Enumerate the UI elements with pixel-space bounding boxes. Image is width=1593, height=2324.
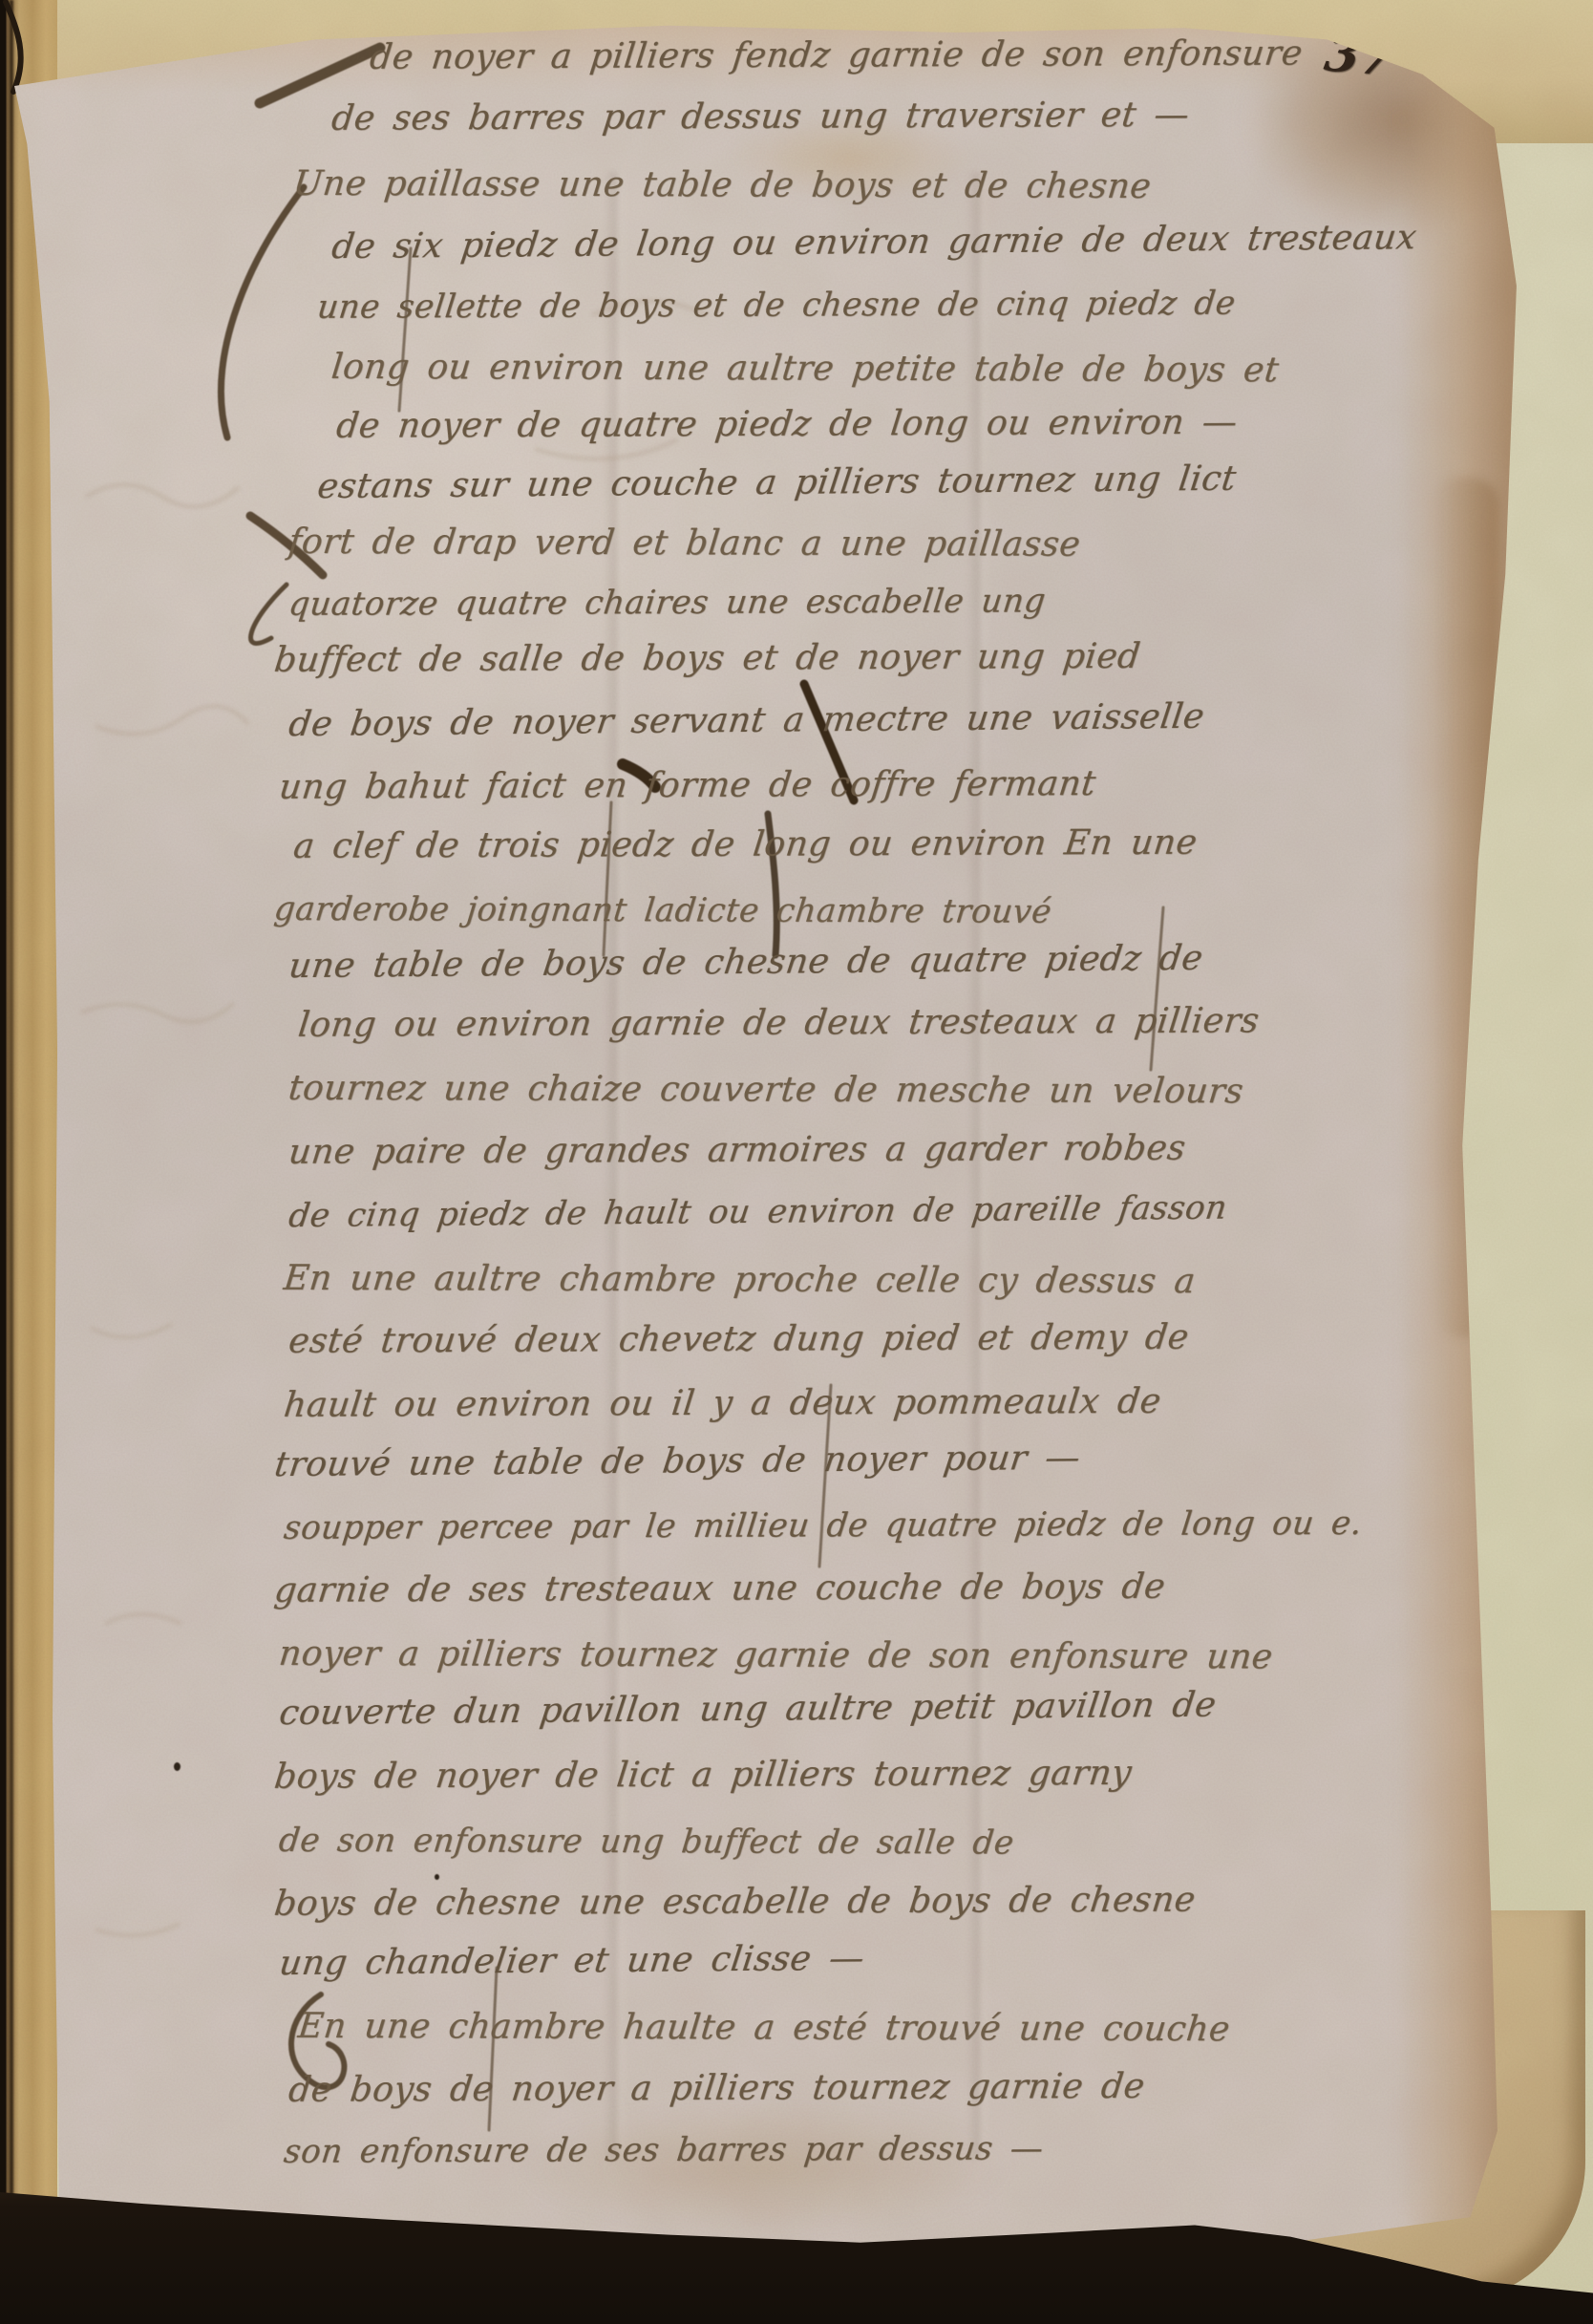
manuscript-line: noyer a pilliers tournez garnie de son e… [277,1634,1275,1677]
manuscript-line: boys de chesne une escabelle de boys de … [272,1881,1198,1924]
manuscript-line: trouvé une table de boys de noyer pour — [272,1439,1083,1484]
manuscript-line: une table de boys de chesne de quatre pi… [287,939,1205,986]
manuscript-line: une paire de grandes armoires a garder r… [287,1129,1188,1172]
manuscript-line: boys de noyer de lict a pilliers tournez… [272,1754,1134,1797]
manuscript-line: ung bahut faict en forme de coffre ferma… [277,764,1098,807]
manuscript-line: une sellette de boys et de chesne de cin… [315,285,1238,327]
manuscript-line: estans sur une couche a pilliers tournez… [315,459,1239,506]
manuscript-line: long ou environ garnie de deux tresteaux… [296,1002,1262,1045]
manuscript-line: tournez une chaize couverte de mesche un… [287,1069,1245,1111]
manuscript-line: de six piedz de long ou environ garnie d… [329,218,1419,267]
manuscript-line: fort de drap verd et blanc a une paillas… [287,522,1082,565]
manuscript-line: En une chambre haulte a esté trouvé une … [296,2007,1232,2049]
manuscript-line: esté trouvé deux chevetz dung pied et de… [287,1318,1191,1361]
manuscript-line: de cinq piedz de hault ou environ de par… [287,1188,1229,1235]
manuscript-line: soupper percee par le millieu de quatre … [282,1504,1364,1547]
manuscript-line: couverte dun pavillon ung aultre petit p… [277,1685,1219,1733]
manuscript-line: de noyer de quatre piedz de long ou envi… [334,403,1240,446]
manuscript-line: En une aultre chambre proche celle cy de… [282,1259,1198,1301]
manuscript-line: long ou environ une aultre petite table … [329,348,1281,390]
manuscript-line: ung chandelier et une clisse — [277,1939,867,1983]
manuscript-line: de ses barres par dessus ung traversier … [329,96,1192,139]
manuscript-line: de boys de noyer a pilliers tournez garn… [287,2067,1147,2110]
manuscript-line: de noyer a pilliers fendz garnie de son … [368,34,1305,77]
gutter-crack [10,0,13,2324]
manuscript-line: de son enfonsure ung buffect de salle de [277,1822,1016,1863]
manuscript-line: Une paillasse une table de boys et de ch… [291,164,1153,206]
manuscript-line: garnie de ses tresteaux une couche de bo… [272,1567,1167,1610]
manuscript-line: buffect de salle de boys et de noyer ung… [272,637,1142,680]
manuscript-photo: de noyer a pilliers fendz garnie de son … [0,0,1593,2324]
manuscript-text-block: de noyer a pilliers fendz garnie de son … [0,0,1593,2324]
manuscript-line: a clef de trois piedz de long ou environ… [291,823,1200,866]
manuscript-line: son enfonsure de ses barres par dessus — [282,2130,1046,2171]
manuscript-line: garderobe joingnant ladicte chambre trou… [272,890,1053,931]
manuscript-line: de boys de noyer servant a mectre une va… [287,697,1207,744]
manuscript-page: de noyer a pilliers fendz garnie de son … [0,0,1593,2324]
manuscript-line: hault ou environ ou il y a deux pommeaul… [282,1382,1163,1425]
manuscript-line: quatorze quatre chaires une escabelle un… [287,583,1048,624]
